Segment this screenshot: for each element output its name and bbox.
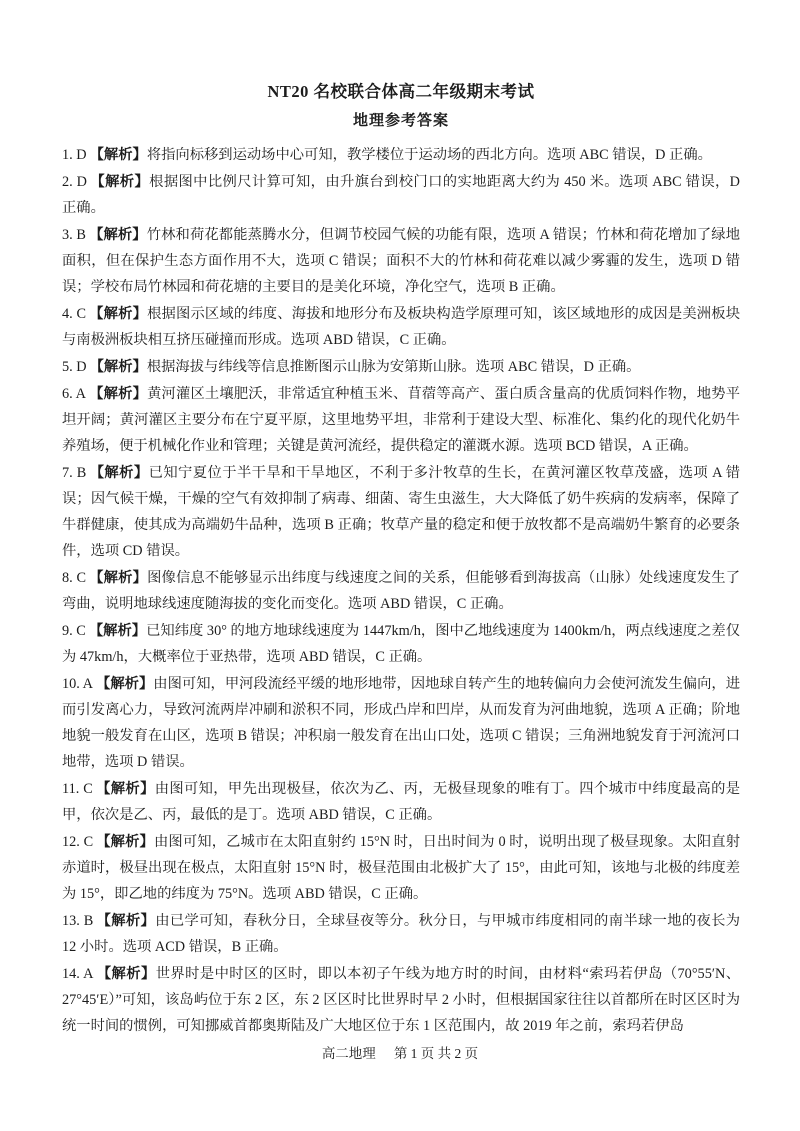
- answer-item-8: 8. C【解析】图像信息不能够显示出纬度与线速度之间的关系，但能够看到海拔高（山…: [62, 565, 740, 617]
- answer-text: 根据图中比例尺计算可知，由升旗台到校门口的实地距离大约为 450 米。选项 AB…: [62, 174, 740, 216]
- answer-text: 由图可知，乙城市在太阳直射约 15°N 时，日出时间为 0 时，说明出现了极昼现…: [62, 834, 740, 902]
- answer-number: 8. C: [62, 570, 86, 586]
- answer-text: 世界时是中时区的区时，即以本初子午线为地方时的时间，由材料“索玛若伊岛（70°5…: [62, 966, 740, 1034]
- document-title: NT20 名校联合体高二年级期末考试: [62, 82, 740, 102]
- answer-number: 14. A: [62, 966, 93, 982]
- analysis-label: 【解析】: [90, 359, 147, 375]
- answer-number: 3. B: [62, 227, 86, 243]
- answer-number: 9. C: [62, 623, 86, 639]
- answer-item-13: 13. B【解析】由已学可知，春秋分日，全球昼夜等分。秋分日，与甲城市纬度相同的…: [62, 908, 740, 960]
- answer-item-11: 11. C【解析】由图可知，甲先出现极昼，依次为乙、丙，无极昼现象的唯有丁。四个…: [62, 776, 740, 828]
- answer-item-7: 7. B【解析】已知宁夏位于半干旱和干旱地区，不利于多汁牧草的生长，在黄河灌区牧…: [62, 460, 740, 564]
- answer-item-12: 12. C【解析】由图可知，乙城市在太阳直射约 15°N 时，日出时间为 0 时…: [62, 829, 740, 907]
- answer-number: 7. B: [62, 465, 86, 481]
- answer-item-10: 10. A【解析】由图可知，甲河段流经平缓的地形地带，因地球自转产生的地转偏向力…: [62, 671, 740, 775]
- answer-item-6: 6. A【解析】黄河灌区土壤肥沃，非常适宜种植玉米、苜蓿等高产、蛋白质含量高的优…: [62, 381, 740, 459]
- analysis-label: 【解析】: [89, 306, 147, 322]
- answer-text: 竹林和荷花都能蒸腾水分，但调节校园气候的功能有限，选项 A 错误；竹林和荷花增加…: [62, 227, 740, 295]
- analysis-label: 【解析】: [96, 781, 155, 797]
- analysis-label: 【解析】: [96, 913, 155, 929]
- answer-text: 黄河灌区土壤肥沃，非常适宜种植玉米、苜蓿等高产、蛋白质含量高的优质饲料作物，地势…: [62, 386, 740, 454]
- answer-item-5: 5. D【解析】根据海拔与纬线等信息推断图示山脉为安第斯山脉。选项 ABC 错误…: [62, 354, 740, 380]
- footer-course-label: 高二地理: [322, 1046, 376, 1061]
- document-subtitle: 地理参考答案: [62, 111, 740, 131]
- answer-item-14: 14. A【解析】世界时是中时区的区时，即以本初子午线为地方时的时间，由材料“索…: [62, 961, 740, 1039]
- answer-number: 5. D: [62, 359, 87, 375]
- answer-text: 由图可知，甲河段流经平缓的地形地带，因地球自转产生的地转偏向力会使河流发生偏向，…: [62, 676, 740, 770]
- answer-number: 11. C: [62, 781, 93, 797]
- footer-page-indicator: 第 1 页 共 2 页: [394, 1046, 478, 1061]
- answer-number: 10. A: [62, 676, 93, 692]
- document-page: NT20 名校联合体高二年级期末考试 地理参考答案 1. D【解析】将指向标移到…: [0, 0, 800, 1131]
- analysis-label: 【解析】: [96, 676, 153, 692]
- answer-text: 根据海拔与纬线等信息推断图示山脉为安第斯山脉。选项 ABC 错误，D 正确。: [147, 359, 641, 375]
- analysis-label: 【解析】: [89, 386, 147, 402]
- document-content: NT20 名校联合体高二年级期末考试 地理参考答案 1. D【解析】将指向标移到…: [0, 0, 800, 1039]
- answer-item-9: 9. C【解析】已知纬度 30° 的地方地球线速度为 1447km/h，图中乙地…: [62, 618, 740, 670]
- answer-item-2: 2. D【解析】根据图中比例尺计算可知，由升旗台到校门口的实地距离大约为 450…: [62, 169, 740, 221]
- analysis-label: 【解析】: [90, 174, 149, 190]
- answer-text: 根据图示区域的纬度、海拔和地形分布及板块构造学原理可知，该区域地形的成因是美洲板…: [62, 306, 740, 348]
- answer-number: 1. D: [62, 147, 87, 163]
- answer-text: 图像信息不能够显示出纬度与线速度之间的关系，但能够看到海拔高（山脉）处线速度发生…: [62, 570, 740, 612]
- answer-number: 6. A: [62, 386, 86, 402]
- analysis-label: 【解析】: [96, 966, 155, 982]
- answer-text: 由图可知，甲先出现极昼，依次为乙、丙，无极昼现象的唯有丁。四个城市中纬度最高的是…: [62, 781, 740, 823]
- answer-text: 已知纬度 30° 的地方地球线速度为 1447km/h，图中乙地线速度为 140…: [62, 623, 740, 665]
- answer-number: 4. C: [62, 306, 86, 322]
- analysis-label: 【解析】: [89, 227, 147, 243]
- analysis-label: 【解析】: [90, 147, 147, 163]
- analysis-label: 【解析】: [89, 465, 148, 481]
- answer-text: 将指向标移到运动场中心可知，教学楼位于运动场的西北方向。选项 ABC 错误，D …: [147, 147, 712, 163]
- answer-number: 13. B: [62, 913, 93, 929]
- analysis-label: 【解析】: [89, 570, 147, 586]
- answer-item-4: 4. C【解析】根据图示区域的纬度、海拔和地形分布及板块构造学原理可知，该区域地…: [62, 301, 740, 353]
- answer-item-1: 1. D【解析】将指向标移到运动场中心可知，教学楼位于运动场的西北方向。选项 A…: [62, 142, 740, 168]
- answer-item-3: 3. B【解析】竹林和荷花都能蒸腾水分，但调节校园气候的功能有限，选项 A 错误…: [62, 222, 740, 300]
- answer-text: 已知宁夏位于半干旱和干旱地区，不利于多汁牧草的生长，在黄河灌区牧草茂盛，选项 A…: [62, 465, 740, 559]
- answer-number: 12. C: [62, 834, 93, 850]
- analysis-label: 【解析】: [96, 834, 154, 850]
- answer-number: 2. D: [62, 174, 87, 190]
- page-footer: 高二地理第 1 页 共 2 页: [0, 1044, 800, 1064]
- answer-text: 由已学可知，春秋分日，全球昼夜等分。秋分日，与甲城市纬度相同的南半球一地的夜长为…: [62, 913, 740, 955]
- analysis-label: 【解析】: [89, 623, 146, 639]
